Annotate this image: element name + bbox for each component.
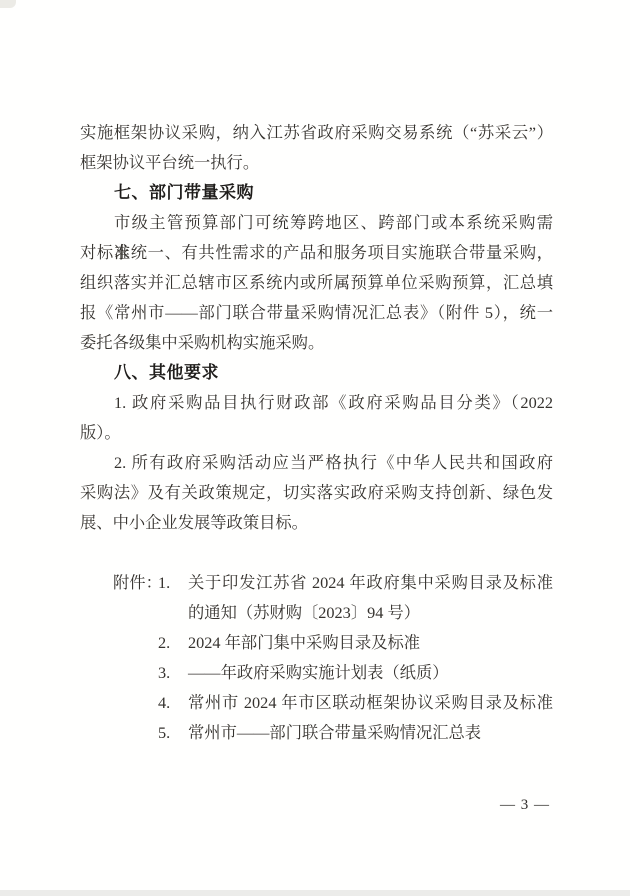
attachment-text: 关于印发江苏省 2024 年政府集中采购目录及标准: [188, 568, 553, 598]
paragraph-line: 展、中小企业发展等政策目标。: [80, 508, 553, 538]
attachment-number: 3.: [158, 658, 188, 688]
document-body: 实施框架协议采购，纳入江苏省政府采购交易系统（“苏采云”） 框架协议平台统一执行…: [80, 118, 553, 748]
paragraph-line: 市级主管预算部门可统筹跨地区、跨部门或本系统采购需求，: [80, 208, 553, 238]
paragraph-line: 框架协议平台统一执行。: [80, 148, 553, 178]
attachment-text: ——年政府采购实施计划表（纸质）: [188, 658, 449, 688]
attachment-number: 4.: [158, 688, 188, 718]
paragraph-line: 委托各级集中采购机构实施采购。: [80, 328, 553, 358]
attachment-text: 常州市——部门联合带量采购情况汇总表: [188, 718, 481, 748]
paragraph-line: 1. 政府采购品目执行财政部《政府采购品目分类》（2022: [80, 388, 553, 418]
paragraph-line: 采购法》及有关政策规定，切实落实政府采购支持创新、绿色发: [80, 478, 553, 508]
attachment-number: 2.: [158, 628, 188, 658]
scan-artifact-smudge: [0, 0, 16, 8]
paragraph-line: 实施框架协议采购，纳入江苏省政府采购交易系统（“苏采云”）: [80, 118, 553, 148]
document-page: 实施框架协议采购，纳入江苏省政府采购交易系统（“苏采云”） 框架协议平台统一执行…: [0, 0, 630, 896]
attachment-number: 5.: [158, 718, 188, 748]
paragraph-line: 组织落实并汇总辖市区系统内或所属预算单位采购预算，汇总填: [80, 268, 553, 298]
paragraph-line: 版）。: [80, 418, 553, 448]
section7-heading: 七、部门带量采购: [80, 178, 553, 208]
blank-line: [80, 538, 553, 568]
attachment-text: 常州市 2024 年市区联动框架协议采购目录及标准: [188, 688, 553, 718]
attachments-label: 附件：: [113, 568, 158, 598]
attachment-item-3: 3. ——年政府采购实施计划表（纸质）: [80, 658, 553, 688]
attachment-item-1: 附件： 1. 关于印发江苏省 2024 年政府集中采购目录及标准: [80, 568, 553, 598]
attachment-item-4: 4. 常州市 2024 年市区联动框架协议采购目录及标准: [80, 688, 553, 718]
page-bottom-edge: [0, 890, 630, 896]
page-number: — 3 —: [500, 797, 550, 814]
attachment-item-2: 2. 2024 年部门集中采购目录及标准: [80, 628, 553, 658]
attachment-text: 的通知（苏财购〔2023〕94 号）: [188, 598, 420, 628]
paragraph-line: 报《常州市——部门联合带量采购情况汇总表》（附件 5），统一: [80, 298, 553, 328]
attachment-item-1-continued: 的通知（苏财购〔2023〕94 号）: [80, 598, 553, 628]
attachment-item-5: 5. 常州市——部门联合带量采购情况汇总表: [80, 718, 553, 748]
section8-heading: 八、其他要求: [80, 358, 553, 388]
attachment-number: 1.: [158, 568, 188, 598]
attachment-text: 2024 年部门集中采购目录及标准: [188, 628, 420, 658]
paragraph-line: 对标准统一、有共性需求的产品和服务项目实施联合带量采购，: [80, 238, 553, 268]
paragraph-line: 2. 所有政府采购活动应当严格执行《中华人民共和国政府: [80, 448, 553, 478]
